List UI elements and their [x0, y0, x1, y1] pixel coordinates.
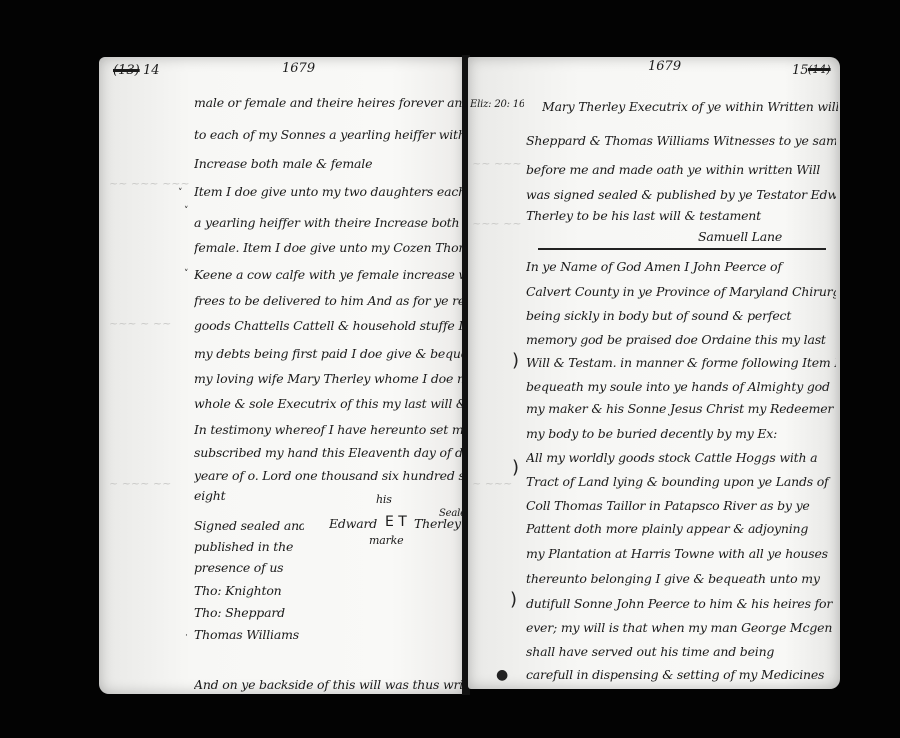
will-line: In ye Name of God Amen I John Peerce of: [526, 259, 836, 274]
manuscript-line: yeare of o. Lord one thousand six hundre…: [194, 468, 462, 483]
signature-marke: marke: [369, 534, 409, 547]
witness-name: Tho: Sheppard: [194, 605, 314, 620]
witness-heading-line: Signed sealed and: [194, 518, 304, 533]
margin-bracket: ): [512, 457, 519, 478]
margin-tick: ˅: [184, 206, 189, 216]
margin-bracket: ): [510, 589, 517, 610]
manuscript-line: Increase both male & female: [194, 156, 462, 171]
manuscript-line: Item I doe give unto my two daughters ea…: [194, 184, 462, 199]
witness-heading-line: published in the: [194, 539, 304, 554]
probate-line: Therley to be his last will & testament: [526, 208, 836, 223]
manuscript-line: goods Chattells Cattell & household stuf…: [194, 318, 462, 333]
left-folio-struck: (13): [113, 63, 140, 78]
will-line: shall have served out his time and being: [526, 644, 836, 659]
signature-name-first: Edward: [329, 516, 379, 531]
will-line: memory god be praised doe Ordaine this m…: [526, 332, 836, 347]
left-folio-number: 14: [143, 63, 160, 78]
will-line: Calvert County in ye Province of Marylan…: [526, 284, 836, 299]
will-line: my Plantation at Harris Towne with all y…: [526, 546, 836, 561]
manuscript-line: female. Item I doe give unto my Cozen Th…: [194, 240, 462, 255]
witness-heading-line: presence of us: [194, 560, 304, 575]
ink-blot: ●: [496, 667, 508, 683]
right-page: 1679 15 (14) Eliz: 20: 1678 ~~ ~~~ ~~~ ~…: [468, 57, 840, 689]
left-page: (13) 14 1679 ~~ ~~~ ~~~ ~~~ ~ ~~ ~ ~~~ ~…: [99, 57, 465, 694]
manuscript-line: frees to be delivered to him And as for …: [194, 293, 462, 308]
bleed-through-text: ~ ~~~: [472, 477, 527, 490]
will-line: Will & Testam. in manner & forme followi…: [526, 355, 836, 370]
will-line: ever; my will is that when my man George…: [526, 620, 836, 635]
will-line: bequeath my soule into ye hands of Almig…: [526, 379, 836, 394]
margin-tick: ˅: [184, 269, 189, 279]
margin-tick: ˅: [178, 188, 183, 198]
bleed-through-text: ~~~ ~~: [472, 217, 527, 230]
manuscript-scan: (13) 14 1679 ~~ ~~~ ~~~ ~~~ ~ ~~ ~ ~~~ ~…: [0, 0, 900, 738]
bleed-through-text: ~~~ ~ ~~: [109, 317, 189, 330]
manuscript-line: a yearling heiffer with theire Increase …: [194, 215, 462, 230]
left-year-header: 1679: [282, 61, 315, 76]
will-line: Tract of Land lying & bounding upon ye L…: [526, 474, 836, 489]
will-line: Pattent doth more plainly appear & adjoy…: [526, 521, 836, 536]
bleed-through-text: ~~ ~~~ ~~~: [109, 177, 189, 190]
will-line: being sickly in body but of sound & perf…: [526, 308, 836, 323]
witness-name: Thomas Williams: [194, 627, 334, 642]
right-year-header: 1679: [648, 59, 681, 74]
margin-tick: ·: [185, 631, 188, 641]
witness-name: Tho: Knighton: [194, 583, 314, 598]
will-line: my body to be buried decently by my Ex:: [526, 426, 836, 441]
closing-line: And on ye backside of this will was thus…: [194, 677, 469, 692]
margin-bracket: ): [512, 350, 519, 371]
probate-line: Mary Therley Executrix of ye within Writ…: [542, 99, 838, 114]
bleed-through-text: ~ ~~~ ~~: [109, 477, 189, 490]
manuscript-line: subscribed my hand this Eleaventh day of…: [194, 445, 462, 460]
probate-line: was signed sealed & published by ye Test…: [526, 187, 836, 202]
probate-signature: Samuell Lane: [698, 229, 798, 244]
will-line: thereunto belonging I give & bequeath un…: [526, 571, 836, 586]
manuscript-line: to each of my Sonnes a yearling heiffer …: [194, 127, 462, 142]
manuscript-line: In testimony whereof I have hereunto set…: [194, 422, 462, 437]
manuscript-line: my loving wife Mary Therley whome I doe …: [194, 371, 462, 386]
will-line: dutifull Sonne John Peerce to him & his …: [526, 596, 836, 611]
right-folio-number: 15: [792, 63, 809, 78]
will-line: All my worldly goods stock Cattle Hoggs …: [526, 450, 836, 465]
signature-mark: E T: [385, 514, 407, 530]
will-line: Coll Thomas Taillor in Patapsco River as…: [526, 498, 836, 513]
probate-line: before me and made oath ye within writte…: [526, 162, 836, 177]
manuscript-line: Keene a cow calfe with ye female increas…: [194, 267, 462, 282]
bleed-through-text: ~~ ~~~: [472, 157, 527, 170]
margin-note: Eliz: 20: 1678: [470, 99, 524, 110]
manuscript-line: whole & sole Executrix of this my last w…: [194, 396, 462, 411]
signature-his: his: [376, 493, 406, 506]
manuscript-line: male or female and theire heires forever…: [194, 95, 462, 110]
will-line: carefull in dispensing & setting of my M…: [526, 667, 836, 682]
probate-line: Sheppard & Thomas Williams Witnesses to …: [526, 133, 836, 148]
manuscript-line: my debts being first paid I doe give & b…: [194, 346, 462, 361]
section-divider: [538, 248, 826, 250]
manuscript-line: eight: [194, 488, 254, 503]
right-folio-struck: (14): [808, 63, 831, 76]
will-line: my maker & his Sonne Jesus Christ my Red…: [526, 401, 836, 416]
